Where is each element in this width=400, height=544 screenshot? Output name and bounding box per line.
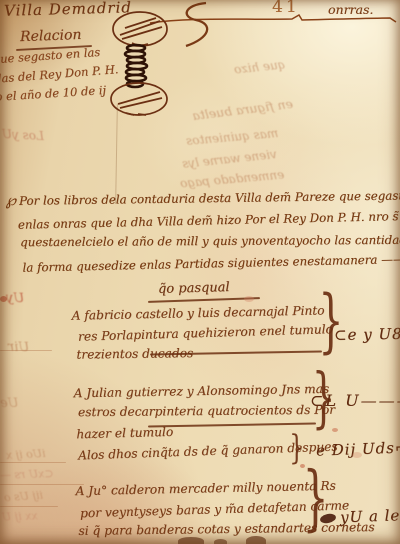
bleedthrough-text: Uy — [6, 291, 25, 307]
bleedthrough-text: xx ij U — [2, 509, 38, 523]
stain — [352, 452, 362, 458]
bleedthrough-text: iUo ij x — [6, 447, 46, 462]
entry-block: A Ju° calderon mercader milly nouenta Rs… — [75, 475, 374, 543]
entry-amount: ⊂e y U8——— — [334, 324, 400, 344]
stain — [244, 296, 254, 302]
bleedthrough-text: que hizo — [233, 57, 286, 76]
bleedthrough-text: ⊂xU rs — — [0, 467, 54, 482]
cut-off-text-mark — [178, 537, 204, 544]
margin-label: Relacion — [20, 27, 82, 45]
stain — [0, 296, 7, 302]
entry-amount: ⊂L U———— — [310, 391, 400, 410]
bleedthrough-stroke — [0, 462, 66, 463]
cut-off-text-mark — [214, 539, 227, 544]
bleedthrough-text: Los yU — [2, 127, 45, 143]
bleedthrough-text: mas quinientos — [186, 126, 279, 148]
bleedthrough-stroke — [0, 484, 84, 485]
paragraph-mark: ℘ — [5, 191, 16, 209]
cut-off-text-mark — [246, 536, 266, 544]
s-flourish-icon — [168, 0, 218, 50]
entry-block: A fabricio castello y luis decarnajal Pi… — [71, 300, 333, 365]
manuscript-page: Villa Demadrid 41 onrras. Relacion que s… — [0, 0, 400, 544]
body-paragraph: ℘Por los libros dela contaduria desta Vi… — [5, 184, 400, 277]
stain — [300, 464, 305, 468]
bleedthrough-text: en figura buelta — [191, 96, 293, 123]
bleedthrough-text: iij Us o — [4, 489, 44, 505]
section-heading: q̃o pasqual — [158, 280, 230, 297]
bleedthrough-stroke — [0, 506, 58, 507]
stain — [332, 428, 338, 432]
bleedthrough-text: Uir — [8, 340, 30, 356]
bleedthrough-text: Ue — [0, 396, 19, 411]
paragraph-text: Por los libros dela contaduria desta Vil… — [19, 188, 400, 208]
entry-amount: yU a le ij — [340, 506, 400, 527]
margin-note: que segasto en las das del Rey Don P. H.… — [0, 42, 120, 108]
bleedthrough-text: viene warne lys — [182, 147, 278, 171]
